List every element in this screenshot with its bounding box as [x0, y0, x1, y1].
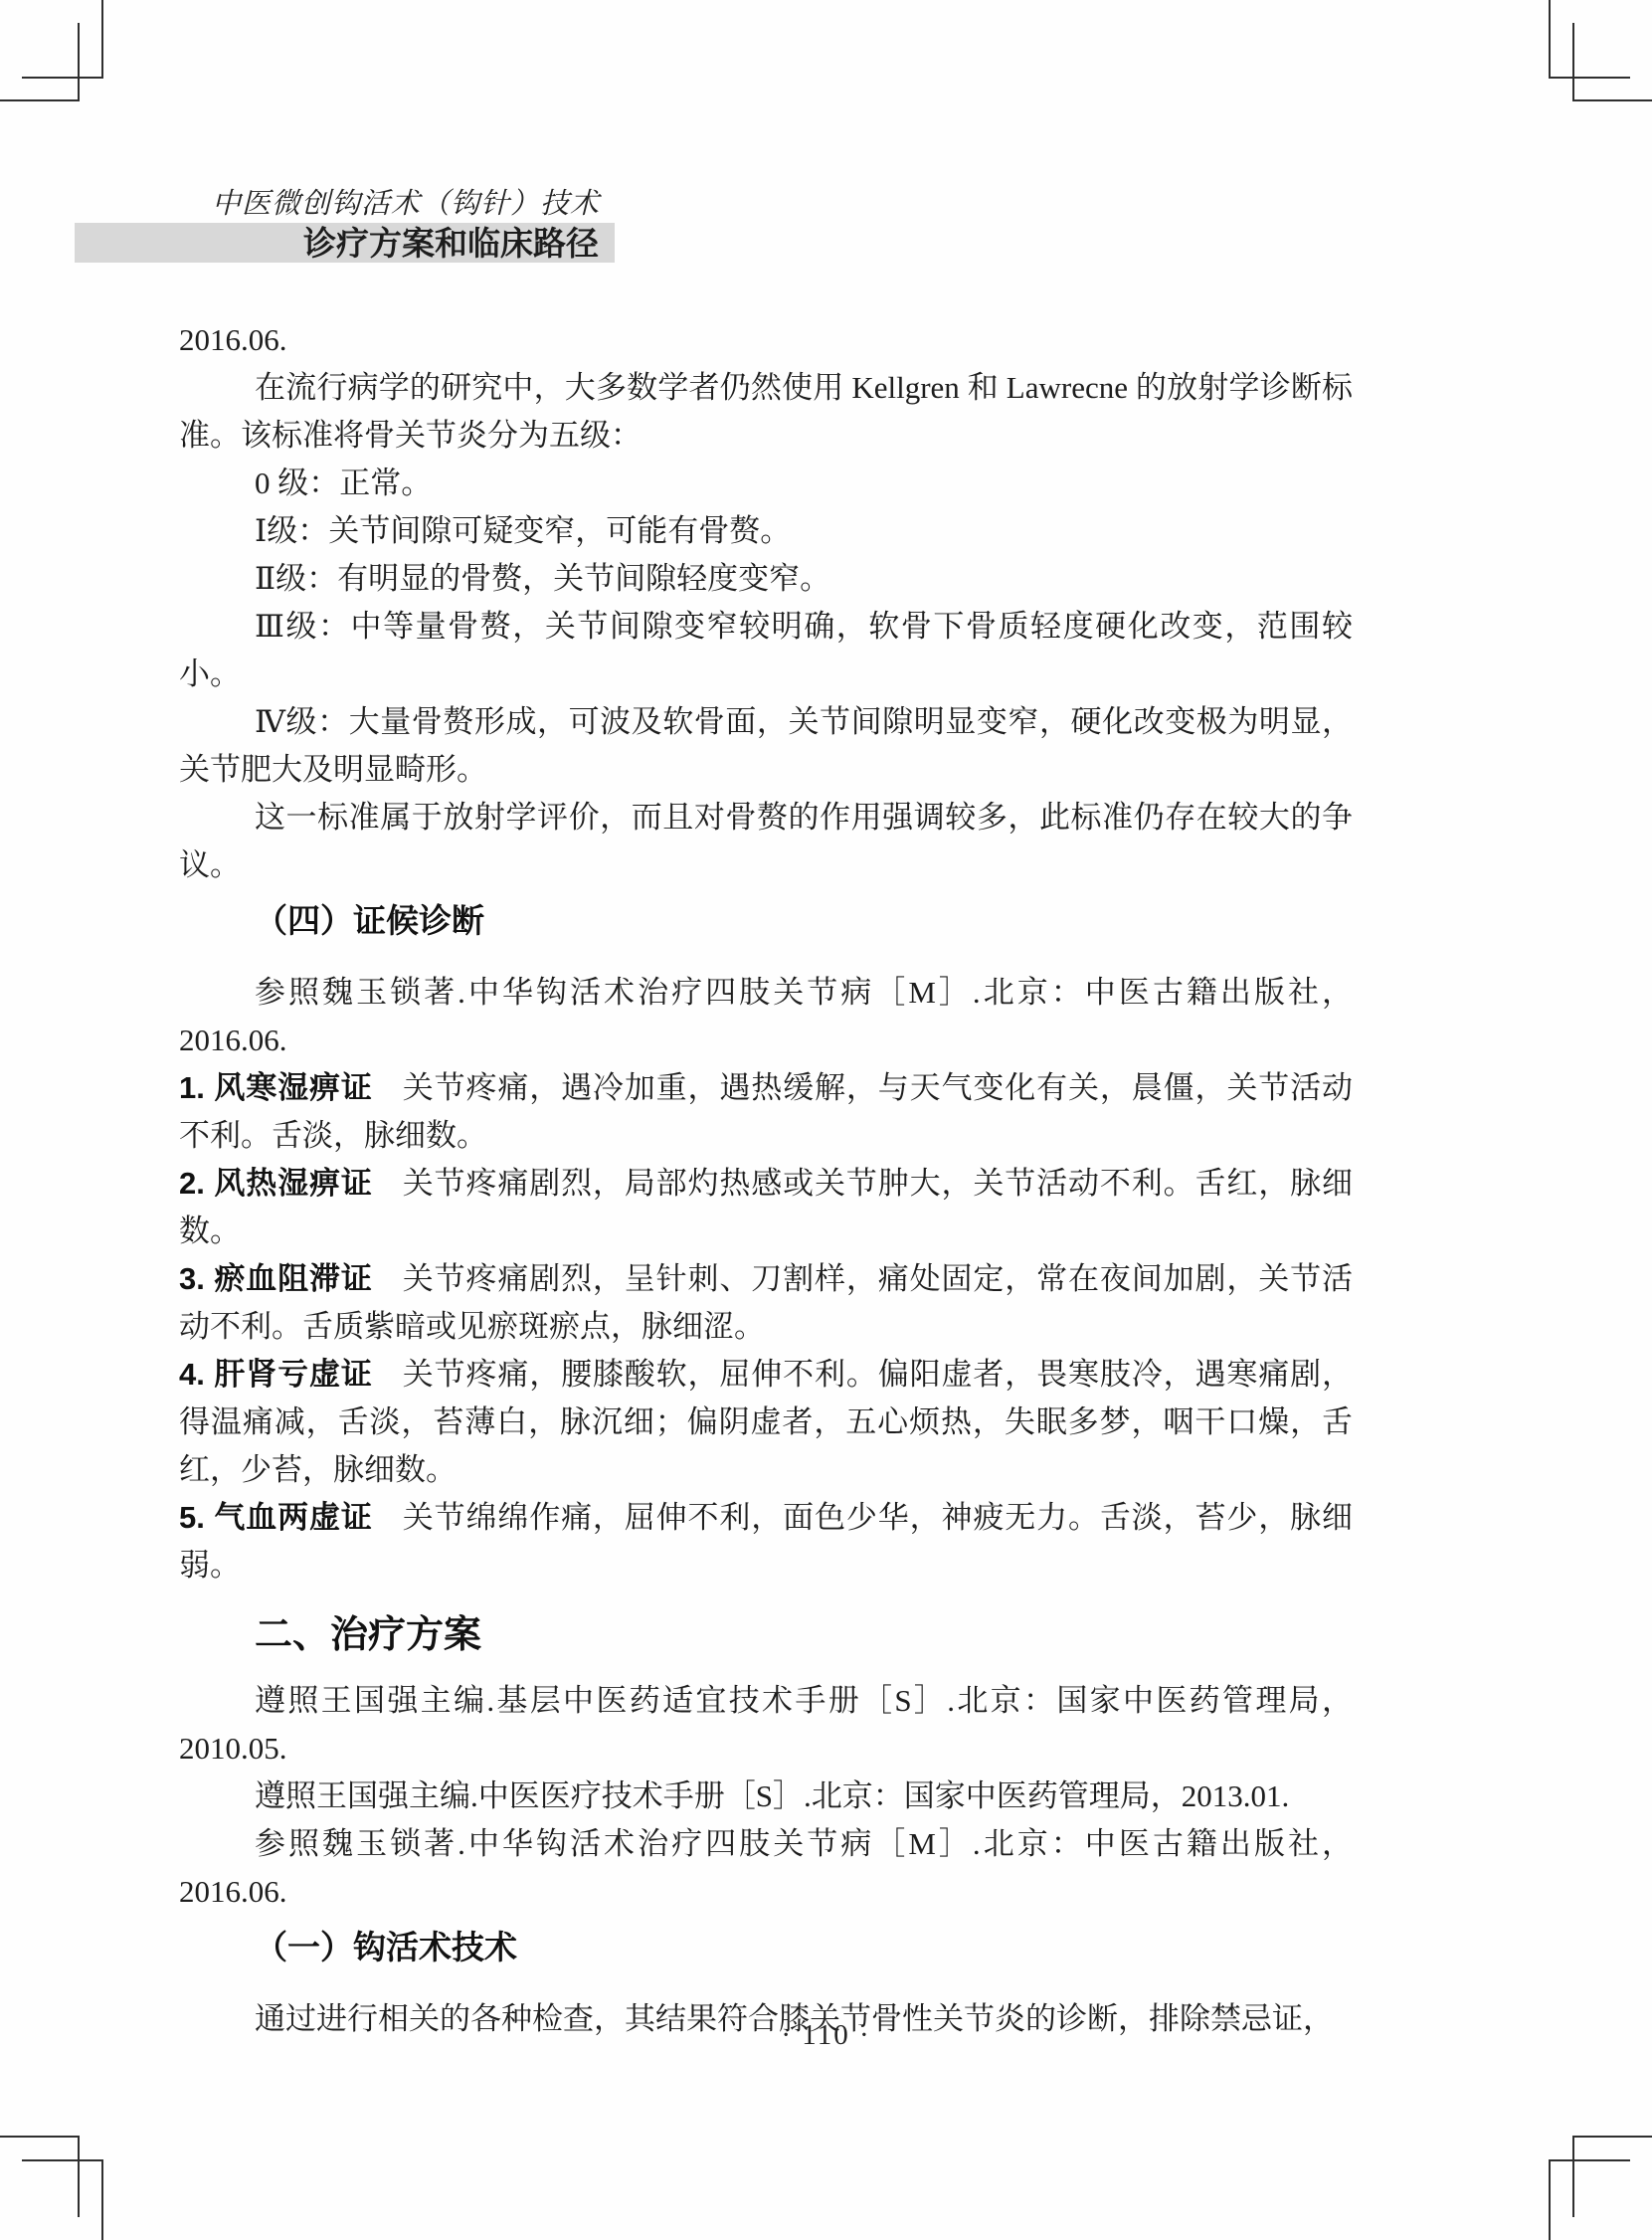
syndrome-item: 3. 瘀血阻滞证关节疼痛剧烈，呈针刺、刀割样，痛处固定，常在夜间加剧，关节活动不…: [179, 1255, 1353, 1351]
syndrome-item: 5. 气血两虚证关节绵绵作痛，屈伸不利，面色少华，神疲无力。舌淡，苔少，脉细弱。: [179, 1494, 1353, 1589]
body-paragraph: Ⅱ级：有明显的骨赘，关节间隙轻度变窄。: [179, 555, 1353, 603]
body-paragraph: 在流行病学的研究中，大多数学者仍然使用 Kellgren 和 Lawrecne …: [179, 364, 1353, 460]
item-label: 3. 瘀血阻滞证: [179, 1261, 373, 1296]
document-page: 中医微创钩活术（钩针）技术 诊疗方案和临床路径 2016.06.在流行病学的研究…: [0, 0, 1652, 2240]
syndrome-item: 2. 风热湿痹证关节疼痛剧烈，局部灼热感或关节肿大，关节活动不利。舌红，脉细数。: [179, 1160, 1353, 1255]
body-paragraph: 参照魏玉锁著.中华钩活术治疗四肢关节病［M］.北京：中医古籍出版社，2016.0…: [179, 1820, 1353, 1916]
subsection-heading: （四）证候诊断: [179, 901, 1353, 941]
body-paragraph: 参照魏玉锁著.中华钩活术治疗四肢关节病［M］.北京：中医古籍出版社，2016.0…: [179, 969, 1353, 1064]
page-number: · 110 ·: [0, 2019, 1652, 2052]
body-paragraph: Ⅳ级：大量骨赘形成，可波及软骨面，关节间隙明显变窄，硬化改变极为明显，关节肥大及…: [179, 698, 1353, 794]
section-heading: 二、治疗方案: [179, 1611, 1353, 1659]
item-label: 1. 风寒湿痹证: [179, 1070, 373, 1105]
crop-mark-top-left-inner: [0, 23, 80, 101]
page-content: 2016.06.在流行病学的研究中，大多数学者仍然使用 Kellgren 和 L…: [179, 316, 1353, 2043]
crop-mark-bottom-right-inner: [1572, 2136, 1652, 2217]
body-paragraph: Ⅲ级：中等量骨赘，关节间隙变窄较明确，软骨下骨质轻度硬化改变，范围较小。: [179, 603, 1353, 698]
book-title: 中医微创钩活术（钩针）技术: [212, 181, 600, 222]
item-label: 2. 风热湿痹证: [179, 1166, 373, 1201]
crop-mark-top-right-inner: [1572, 23, 1652, 101]
syndrome-item: 4. 肝肾亏虚证关节疼痛，腰膝酸软，屈伸不利。偏阳虚者，畏寒肢冷，遇寒痛剧，得温…: [179, 1351, 1353, 1494]
section-banner: 诊疗方案和临床路径: [75, 223, 615, 263]
crop-mark-bottom-left-inner: [0, 2136, 80, 2217]
item-label: 4. 肝肾亏虚证: [179, 1357, 373, 1392]
body-paragraph: 遵照王国强主编.基层中医药适宜技术手册［S］.北京：国家中医药管理局，2010.…: [179, 1677, 1353, 1773]
body-paragraph: Ⅰ级：关节间隙可疑变窄，可能有骨赘。: [179, 507, 1353, 555]
syndrome-item: 1. 风寒湿痹证关节疼痛，遇冷加重，遇热缓解，与天气变化有关，晨僵，关节活动不利…: [179, 1064, 1353, 1160]
body-paragraph: 0 级：正常。: [179, 460, 1353, 507]
item-label: 5. 气血两虚证: [179, 1500, 373, 1535]
body-paragraph: 这一标准属于放射学评价，而且对骨赘的作用强调较多，此标准仍存在较大的争议。: [179, 794, 1353, 889]
body-paragraph: 遵照王国强主编.中医医疗技术手册［S］.北京：国家中医药管理局，2013.01.: [179, 1773, 1353, 1820]
body-paragraph: 2016.06.: [179, 316, 1353, 364]
subsection-heading: （一）钩活术技术: [179, 1928, 1353, 1967]
